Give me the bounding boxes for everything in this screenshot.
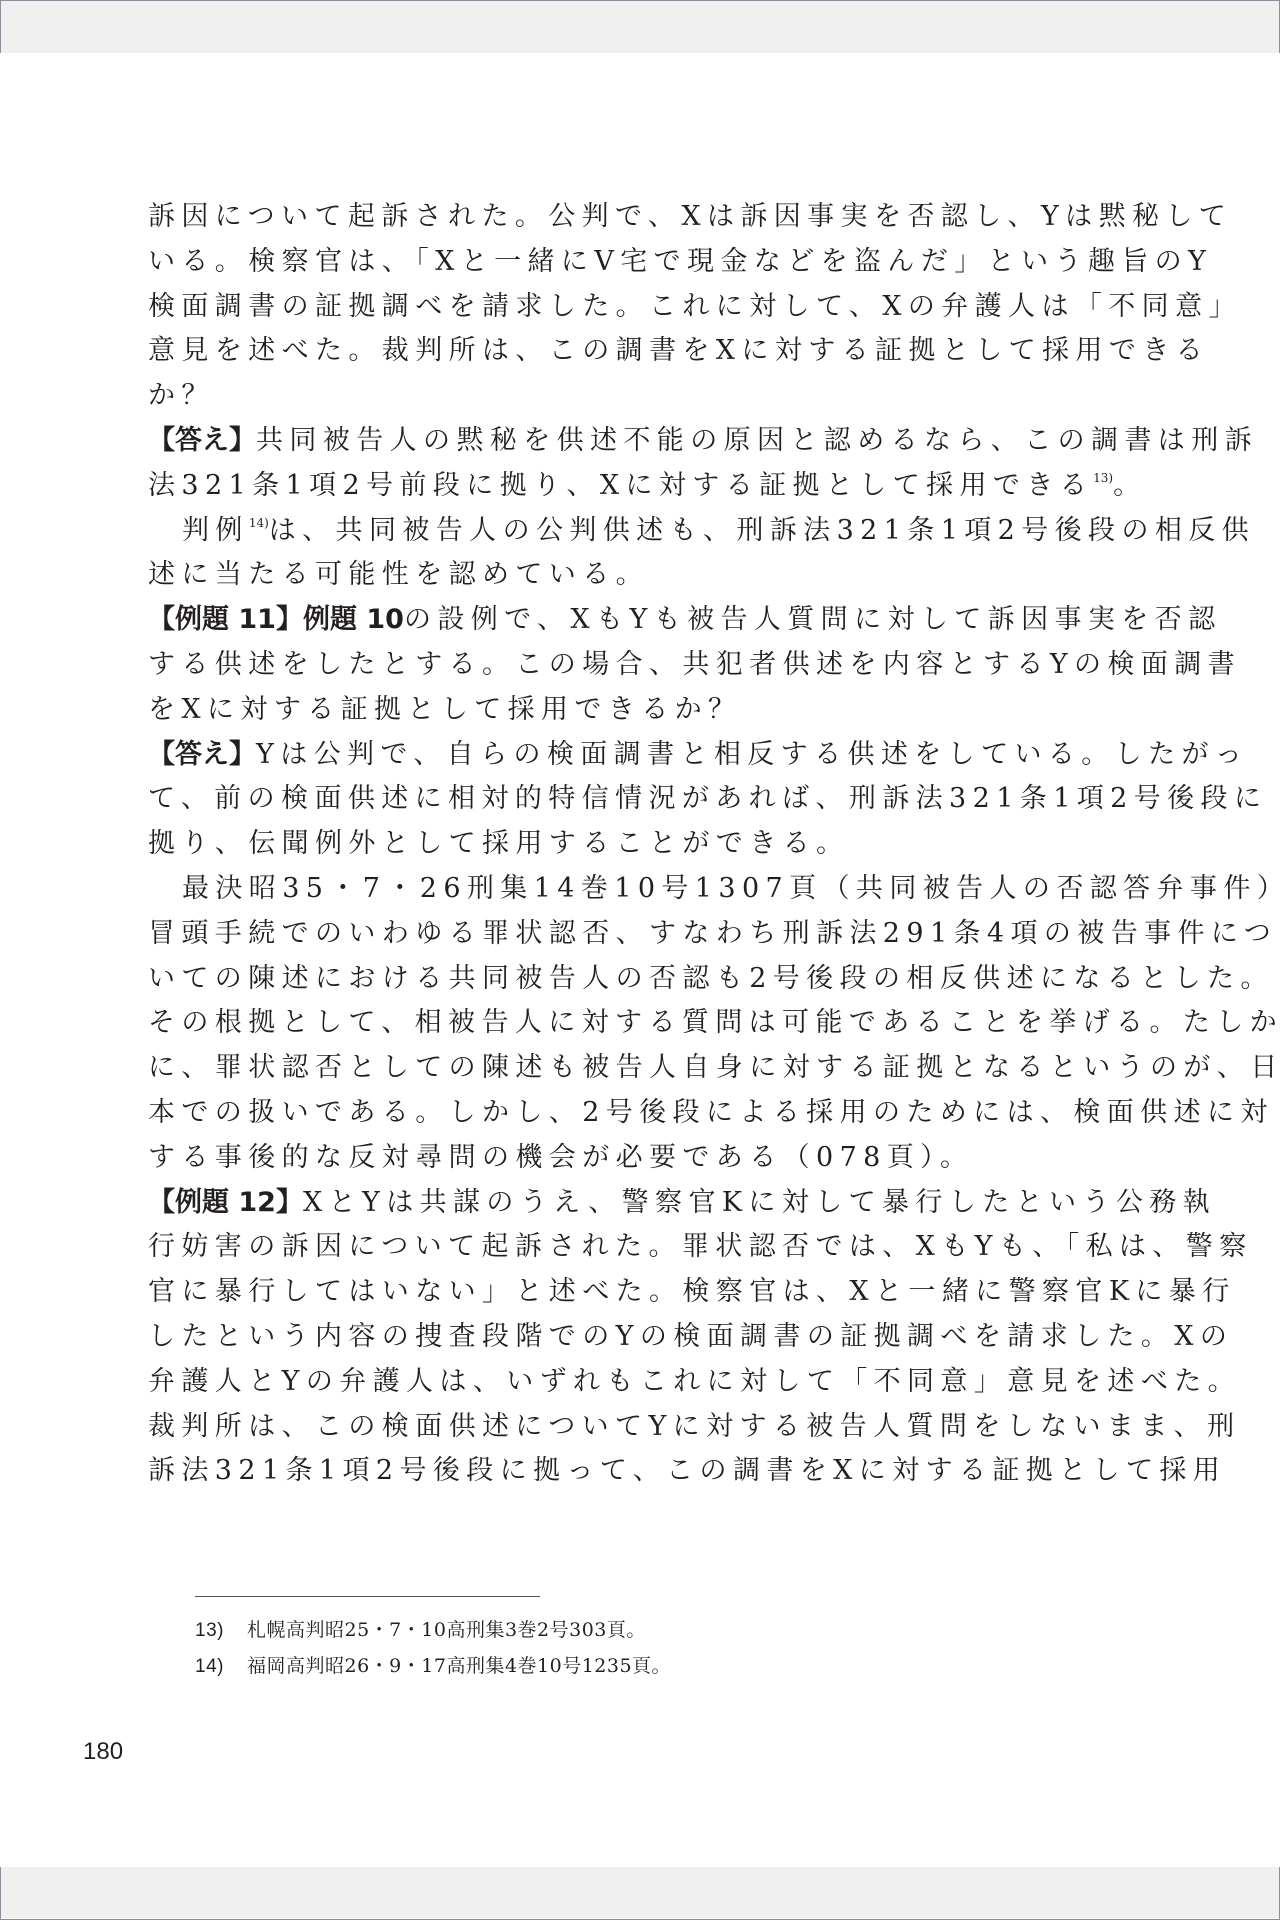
text-line: する供述をしたとする。この場合、共犯者供述を内容とするYの検面調書: [148, 643, 1104, 688]
footnote-text: 福岡高判昭26・9・17高刑集4巻10号1235頁。: [247, 1655, 671, 1677]
text-line: か？: [148, 374, 1104, 419]
answer-line: 【答え】共同被告人の黙秘を供述不能の原因と認めるなら、この調書は刑訴: [148, 419, 1104, 464]
text-line: する事後的な反対尋問の機会が必要である（078頁）。: [148, 1136, 1104, 1181]
example-12-label: 【例題 12】: [148, 1187, 303, 1218]
footnotes: 13)札幌高判昭25・7・10高刑集3巻2号303頁。 14)福岡高判昭26・9…: [195, 1612, 671, 1684]
example-10-reference: 例題 10: [303, 604, 404, 635]
answer-text: 共同被告人の黙秘を供述不能の原因と認めるなら、この調書は刑訴: [256, 425, 1258, 456]
footnote-14: 14)福岡高判昭26・9・17高刑集4巻10号1235頁。: [195, 1648, 671, 1684]
top-margin-band: [1, 1, 1279, 54]
footnote-number: 13): [195, 1613, 247, 1649]
line-text: 法321条1項2号前段に拠り、Xに対する証拠として採用できる: [148, 470, 1093, 501]
text-line: 冒頭手続でのいわゆる罪状認否、すなわち刑訴法291条4項の被告事件につ: [148, 912, 1104, 957]
text-line: いての陳述における共同被告人の否認も2号後段の相反供述になるとした。: [148, 957, 1104, 1002]
text-line: をXに対する証拠として採用できるか？: [148, 688, 1104, 733]
answer-label: 【答え】: [148, 739, 256, 770]
paragraph-line: 最決昭35・7・26刑集14巻10号1307頁（共同被告人の否認答弁事件）は、: [148, 867, 1104, 912]
text-line: 訴法321条1項2号後段に拠って、この調書をXに対する証拠として採用: [148, 1449, 1104, 1494]
answer-line: 【答え】Yは公判で、自らの検面調書と相反する供述をしている。したがっ: [148, 733, 1104, 778]
answer-text: Yは公判で、自らの検面調書と相反する供述をしている。したがっ: [256, 739, 1248, 770]
example-11-label: 【例題 11】: [148, 604, 303, 635]
footnote-ref-14[interactable]: 14): [249, 516, 269, 530]
example-text: の設例で、XもYも被告人質問に対して訴因事実を否認: [404, 604, 1222, 635]
answer-label: 【答え】: [148, 425, 256, 456]
footnote-divider: [195, 1596, 540, 1597]
text-line: したという内容の捜査段階でのYの検面調書の証拠調べを請求した。Xの: [148, 1315, 1104, 1360]
example-11-line: 【例題 11】例題 10の設例で、XもYも被告人質問に対して訴因事実を否認: [148, 598, 1104, 643]
footnote-ref-13[interactable]: 13): [1093, 471, 1113, 485]
line-text-end: 。: [1113, 470, 1146, 501]
text-line: 訴因について起訴された。公判で、Xは訴因事実を否認し、Yは黙秘して: [148, 195, 1104, 240]
footnote-text: 札幌高判昭25・7・10高刑集3巻2号303頁。: [247, 1619, 646, 1641]
footnote-number: 14): [195, 1649, 247, 1685]
text-line: に、罪状認否としての陳述も被告人自身に対する証拠となるというのが、日: [148, 1046, 1104, 1091]
paragraph-line: 判例14)は、共同被告人の公判供述も、刑訴法321条1項2号後段の相反供: [148, 509, 1104, 554]
text-line: いる。検察官は、「Xと一緒にV宅で現金などを盗んだ」という趣旨のY: [148, 240, 1104, 285]
text-line: 官に暴行してはいない」と述べた。検察官は、Xと一緒に警察官Kに暴行: [148, 1270, 1104, 1315]
body-text: 訴因について起訴された。公判で、Xは訴因事実を否認し、Yは黙秘して いる。検察官…: [148, 195, 1104, 1494]
line-text-end: は、共同被告人の公判供述も、刑訴法321条1項2号後段の相反供: [269, 515, 1255, 546]
text-line: 行妨害の訴因について起訴された。罪状認否では、XもYも、「私は、警察: [148, 1225, 1104, 1270]
page-number: 180: [83, 1738, 123, 1766]
text-line: 裁判所は、この検面供述についてYに対する被告人質問をしないまま、刑: [148, 1405, 1104, 1450]
text-line: 意見を述べた。裁判所は、この調書をXに対する証拠として採用できる: [148, 329, 1104, 374]
text-line: 拠り、伝聞例外として採用することができる。: [148, 822, 1104, 867]
text-line: 弁護人とYの弁護人は、いずれもこれに対して「不同意」意見を述べた。: [148, 1360, 1104, 1405]
text-line: 本での扱いである。しかし、2号後段による採用のためには、検面供述に対: [148, 1091, 1104, 1136]
text-line: て、前の検面供述に相対的特信情況があれば、刑訴法321条1項2号後段に: [148, 777, 1104, 822]
text-line: 検面調書の証拠調べを請求した。これに対して、Xの弁護人は「不同意」: [148, 285, 1104, 330]
text-line: その根拠として、相被告人に対する質問は可能であることを挙げる。たしか: [148, 1001, 1104, 1046]
line-text: 判例: [182, 515, 249, 546]
text-line: 述に当たる可能性を認めている。: [148, 553, 1104, 598]
example-text: XとYは共謀のうえ、警察官Kに対して暴行したという公務執: [303, 1187, 1216, 1218]
text-line: 法321条1項2号前段に拠り、Xに対する証拠として採用できる13)。: [148, 464, 1104, 509]
bottom-margin-band: [1, 1867, 1279, 1918]
example-12-line: 【例題 12】XとYは共謀のうえ、警察官Kに対して暴行したという公務執: [148, 1181, 1104, 1226]
footnote-13: 13)札幌高判昭25・7・10高刑集3巻2号303頁。: [195, 1612, 671, 1648]
